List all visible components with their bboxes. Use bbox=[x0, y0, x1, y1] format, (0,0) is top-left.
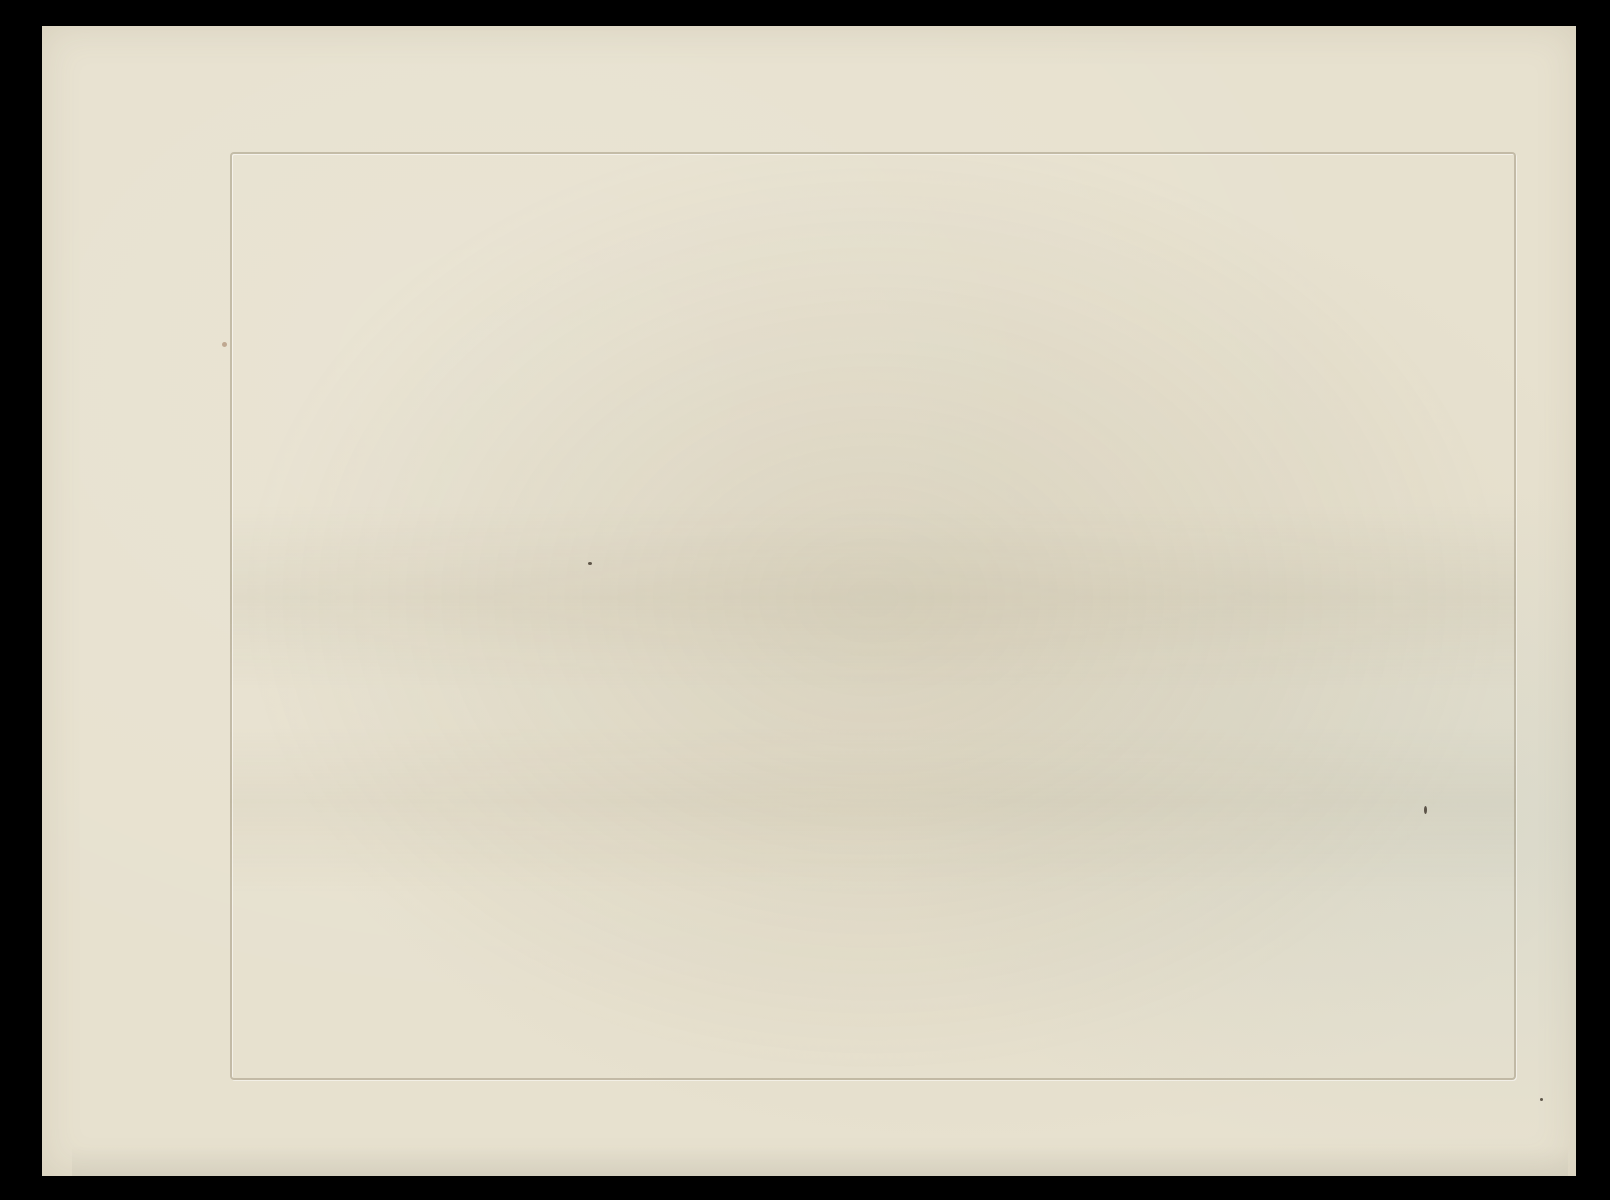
paper-sheet bbox=[42, 26, 1576, 1176]
ink-speck bbox=[1540, 1098, 1543, 1101]
sheet-bottom-edge bbox=[72, 1146, 1568, 1176]
ink-speck bbox=[1424, 806, 1427, 814]
ink-speck bbox=[588, 562, 592, 565]
ink-speck bbox=[222, 342, 227, 347]
plate-mark bbox=[230, 152, 1516, 1080]
